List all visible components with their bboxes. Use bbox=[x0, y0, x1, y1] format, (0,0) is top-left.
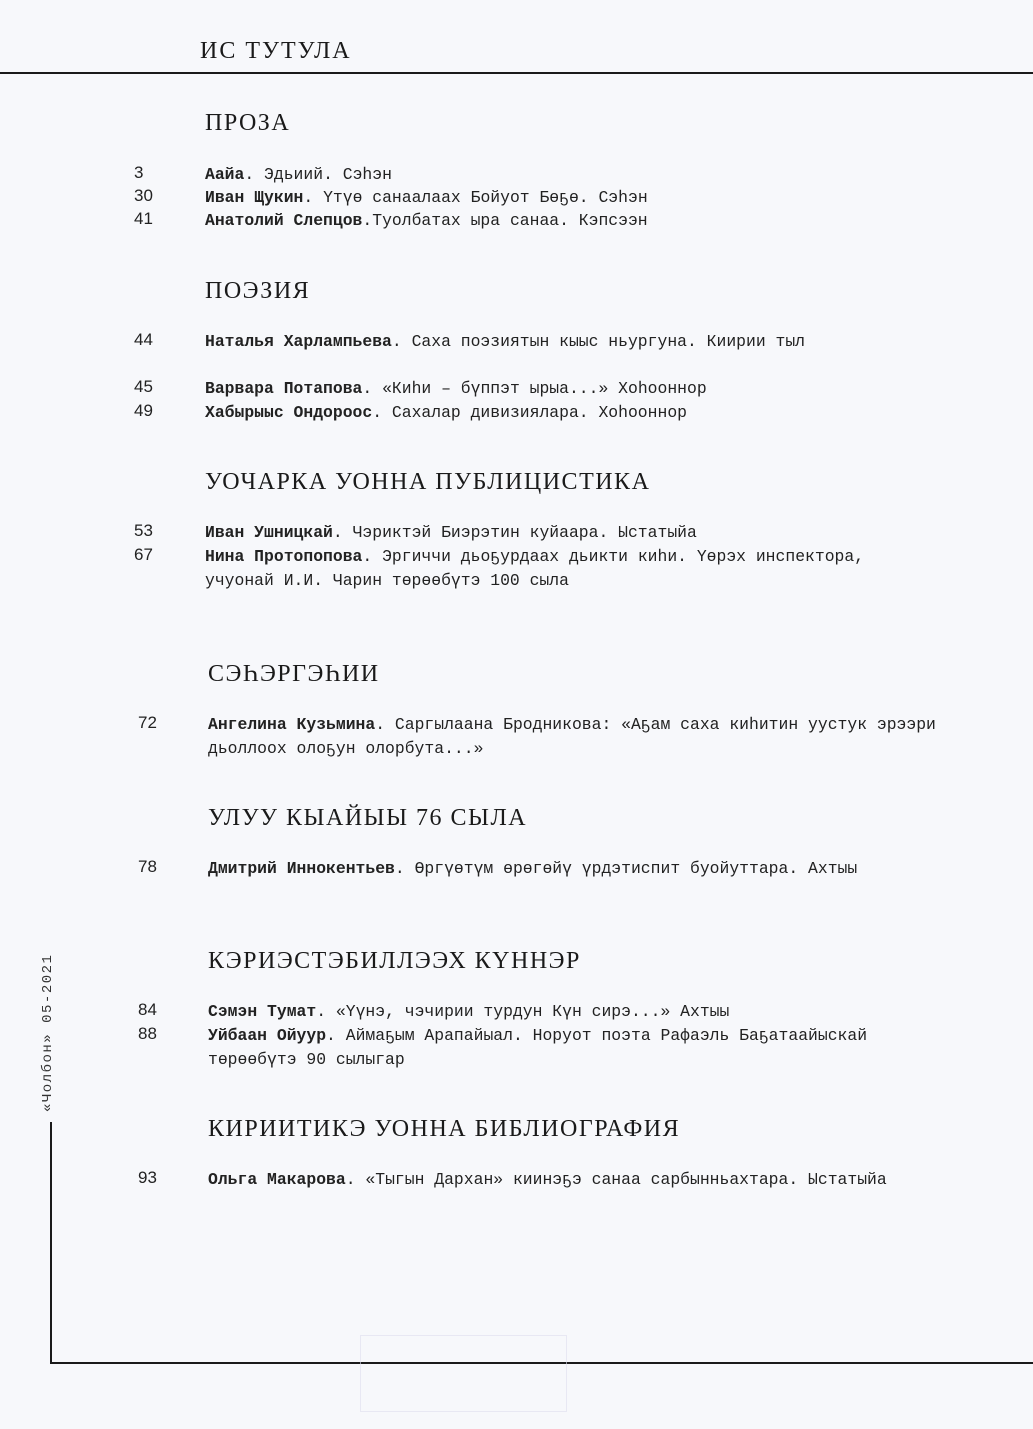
separator: . bbox=[326, 1026, 346, 1045]
author-name: Анатолий Слепцов bbox=[205, 211, 362, 230]
author-name: Ангелина Кузьмина bbox=[208, 715, 375, 734]
entry-text: Сэмэн Тумат. «Үүнэ, чэчирии турдун Күн с… bbox=[208, 1000, 938, 1024]
author-name: Сэмэн Тумат bbox=[208, 1002, 316, 1021]
separator: . bbox=[375, 715, 395, 734]
separator: . bbox=[362, 211, 372, 230]
author-name: Хабырыыс Ондороос bbox=[205, 403, 372, 422]
author-name: Ольга Макарова bbox=[208, 1170, 346, 1189]
article-title: Үтүө санаалаах Бойуот Бөҕө. Сэһэн bbox=[323, 188, 648, 207]
section-title: КИРИИТИКЭ УОННА БИБЛИОГРАФИЯ bbox=[208, 1116, 680, 1143]
separator: . bbox=[362, 547, 382, 566]
entry-text: Нина Протопопова. Эргиччи дьоҕурдаах дьи… bbox=[205, 545, 935, 592]
page-number: 67 bbox=[134, 545, 184, 565]
page-number: 41 bbox=[134, 209, 184, 229]
separator: . bbox=[346, 1170, 366, 1189]
section-title: ПОЭЗИЯ bbox=[205, 278, 310, 305]
entry-text: Иван Щукин. Үтүө санаалаах Бойуот Бөҕө. … bbox=[205, 186, 935, 210]
page-number: 30 bbox=[134, 186, 184, 206]
page-number: 53 bbox=[134, 521, 184, 541]
separator: . bbox=[244, 165, 264, 184]
author-name: Уйбаан Ойуур bbox=[208, 1026, 326, 1045]
entry-text: Ольга Макарова. «Тыгын Дархан» киинэҕэ с… bbox=[208, 1168, 938, 1192]
section-title: ПРОЗА bbox=[205, 110, 290, 137]
author-name: Нина Протопопова bbox=[205, 547, 362, 566]
article-title: Эдьиий. Сэһэн bbox=[264, 165, 392, 184]
separator: . bbox=[333, 523, 353, 542]
author-name: Аайа bbox=[205, 165, 244, 184]
article-title: «Киһи – бүппэт ырыа...» Хоһооннор bbox=[382, 379, 707, 398]
entry-text: Наталья Харлампьева. Саха поэзиятын кыыс… bbox=[205, 330, 935, 354]
page-number: 78 bbox=[138, 857, 188, 877]
separator: . bbox=[316, 1002, 336, 1021]
section-title: УЛУУ КЫАЙЫЫ 76 СЫЛА bbox=[208, 805, 527, 832]
article-title: «Тыгын Дархан» киинэҕэ санаа сарбынньахт… bbox=[365, 1170, 886, 1189]
faint-stamp bbox=[360, 1335, 567, 1412]
page-number: 84 bbox=[138, 1000, 188, 1020]
author-name: Варвара Потапова bbox=[205, 379, 362, 398]
header-rule bbox=[0, 72, 1033, 74]
separator: . bbox=[395, 859, 415, 878]
section-title: УОЧАРКА УОННА ПУБЛИЦИСТИКА bbox=[205, 469, 650, 496]
article-title: Туолбатах ыра санаа. Кэпсээн bbox=[372, 211, 647, 230]
entry-text: Анатолий Слепцов.Туолбатах ыра санаа. Кэ… bbox=[205, 209, 935, 233]
section-title: СЭҺЭРГЭҺИИ bbox=[208, 661, 380, 688]
side-rule bbox=[50, 1122, 52, 1364]
entry-text: Уйбаан Ойуур. Аймаҕым Арапайыал. Норуот … bbox=[208, 1024, 938, 1071]
article-title: Саха поэзиятын кыыс ньургуна. Киирии тыл bbox=[412, 332, 805, 351]
page-number: 72 bbox=[138, 713, 188, 733]
page-number: 88 bbox=[138, 1024, 188, 1044]
author-name: Иван Щукин bbox=[205, 188, 303, 207]
entry-text: Варвара Потапова. «Киһи – бүппэт ырыа...… bbox=[205, 377, 935, 401]
page-number: 49 bbox=[134, 401, 184, 421]
entry-text: Ангелина Кузьмина. Саргылаана Бродникова… bbox=[208, 713, 938, 760]
article-title: Өргүөтүм өрөгөйү үрдэтиспит буойуттара. … bbox=[415, 859, 858, 878]
article-title: «Үүнэ, чэчирии турдун Күн сирэ...» Ахтыы bbox=[336, 1002, 729, 1021]
author-name: Наталья Харлампьева bbox=[205, 332, 392, 351]
separator: . bbox=[303, 188, 323, 207]
entry-text: Аайа. Эдьиий. Сэһэн bbox=[205, 163, 935, 187]
page-number: 45 bbox=[134, 377, 184, 397]
page-number: 3 bbox=[134, 163, 184, 183]
separator: . bbox=[362, 379, 382, 398]
section-title: КЭРИЭСТЭБИЛЛЭЭХ КҮННЭР bbox=[208, 948, 581, 975]
separator: . bbox=[372, 403, 392, 422]
author-name: Иван Ушницкай bbox=[205, 523, 333, 542]
page-number: 44 bbox=[134, 330, 184, 350]
entry-text: Дмитрий Иннокентьев. Өргүөтүм өрөгөйү үр… bbox=[208, 857, 938, 881]
entry-text: Хабырыыс Ондороос. Сахалар дивизиялара. … bbox=[205, 401, 935, 425]
page-number: 93 bbox=[138, 1168, 188, 1188]
journal-issue-label: «Чолбон» 05-2021 bbox=[40, 954, 56, 1112]
article-title: Сахалар дивизиялара. Хоһооннор bbox=[392, 403, 687, 422]
entry-text: Иван Ушницкай. Чэриктэй Биэрэтин куйаара… bbox=[205, 521, 935, 545]
page-title: ИС ТУТУЛА bbox=[200, 38, 352, 65]
author-name: Дмитрий Иннокентьев bbox=[208, 859, 395, 878]
separator: . bbox=[392, 332, 412, 351]
article-title: Чэриктэй Биэрэтин куйаара. Ыстатыйа bbox=[353, 523, 697, 542]
